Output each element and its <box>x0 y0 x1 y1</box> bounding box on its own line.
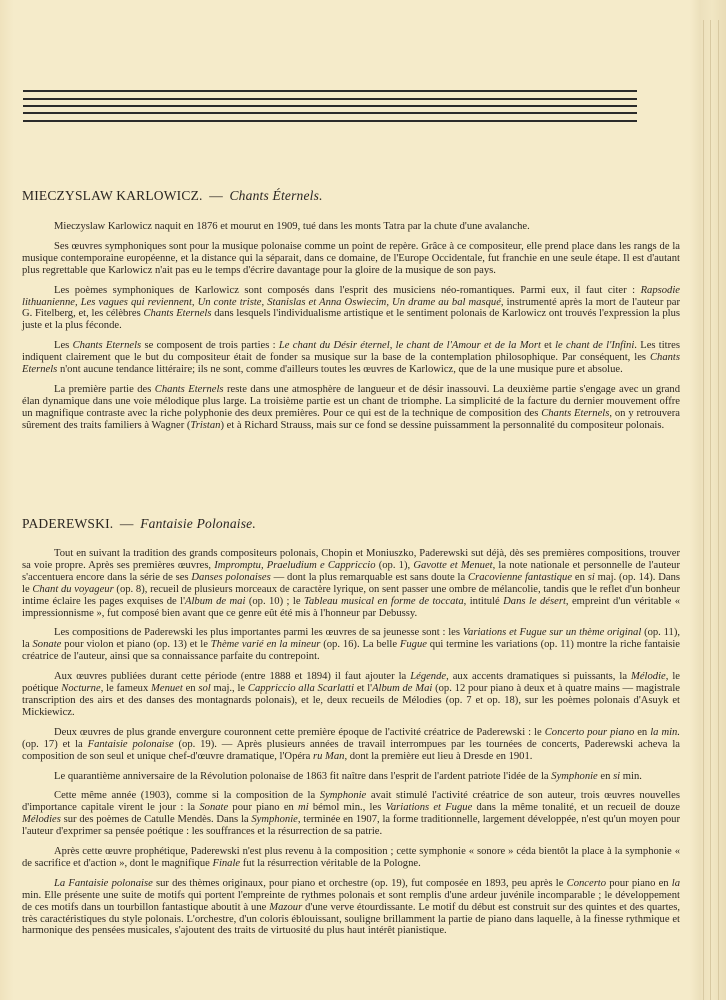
text-run: sur des poèmes de Catulle Mendès. Dans l… <box>61 814 252 825</box>
paragraph: La première partie des Chants Eternels r… <box>22 384 680 432</box>
italic-title-run: Légende <box>410 671 446 682</box>
italic-title-run: mi <box>298 802 309 813</box>
italic-title-run: La Fantaisie polonaise <box>54 878 153 889</box>
text-run: pour violon et piano (op. 13) et le <box>61 639 210 650</box>
italic-title-run: Chant du voyageur <box>32 584 113 595</box>
text-run: en <box>634 727 650 738</box>
text-run: , dont la première eut lieu à Dresde en … <box>344 751 532 762</box>
section-heading-karlowicz: MIECZYSLAW KARLOWICZ. — Chants Éternels. <box>22 188 323 204</box>
italic-title-run: Chants Eternels <box>541 408 609 419</box>
text-run: , aux accents dramatiques si puissants, … <box>446 671 631 682</box>
text-run: ) et à Richard Strauss, mais sur ce fond… <box>220 420 664 431</box>
paragraph: Ses œuvres symphoniques sont pour la mus… <box>22 241 680 277</box>
italic-title-run: sol <box>198 683 210 694</box>
italic-title-run: la min. <box>650 727 680 738</box>
text-run: pour piano en <box>606 878 672 889</box>
italic-title-run: Mélodie <box>631 671 666 682</box>
page-edge <box>718 20 719 1000</box>
text-run: Ses œuvres symphoniques sont pour la mus… <box>22 241 680 276</box>
italic-title-run: Mazour <box>269 902 302 913</box>
text-run: Cette même année (1903), comme si la com… <box>54 790 320 801</box>
text-run: Aux œuvres publiées durant cette période… <box>54 671 410 682</box>
heading-dash: — <box>120 516 134 531</box>
paragraph: Cette même année (1903), comme si la com… <box>22 790 680 838</box>
heading-author: MIECZYSLAW KARLOWICZ. <box>22 188 203 203</box>
paragraph: Les Chants Eternels se composent de troi… <box>22 340 680 376</box>
music-staff-decoration <box>23 90 637 124</box>
text-run: (op. 10) ; le <box>245 596 304 607</box>
italic-title-run: si <box>588 572 595 583</box>
text-run: en <box>572 572 588 583</box>
italic-title-run: Tableau musical en forme de toccata <box>304 596 464 607</box>
italic-title-run: Finale <box>212 858 240 869</box>
text-run: bémol min., les <box>309 802 386 813</box>
italic-title-run: le chant de l'Infini <box>555 340 634 351</box>
italic-title-run: Impromptu, Praeludium e Cappriccio <box>214 560 375 571</box>
italic-title-run: le chant de l'Amour et de la Mort <box>396 340 541 351</box>
italic-title-run: Thème varié en la mineur <box>211 639 321 650</box>
text-run: et <box>541 340 555 351</box>
document-page: MIECZYSLAW KARLOWICZ. — Chants Éternels.… <box>0 0 726 1000</box>
text-run: maj., le <box>211 683 248 694</box>
section-body-paderewski: Tout en suivant la tradition des grands … <box>22 548 680 945</box>
text-run: (op. 1), <box>376 560 414 571</box>
italic-title-run: Concerto pour piano <box>545 727 635 738</box>
text-run: Les <box>54 340 73 351</box>
italic-title-run: Symphonie <box>551 771 597 782</box>
italic-title-run: Chants Eternels <box>73 340 142 351</box>
italic-title-run: Album de mai <box>185 596 245 607</box>
staff-line <box>23 112 637 114</box>
staff-line <box>23 120 637 122</box>
paragraph: Mieczyslaw Karlowicz naquit en 1876 et m… <box>22 221 680 233</box>
text-run: et l' <box>354 683 372 694</box>
italic-title-run: Danses polonaises <box>191 572 270 583</box>
text-run: La première partie des <box>54 384 155 395</box>
heading-dash: — <box>209 188 223 203</box>
italic-title-run: Fugue <box>400 639 427 650</box>
italic-title-run: Dans le désert <box>503 596 566 607</box>
italic-title-run: Symphonie <box>320 790 366 801</box>
italic-title-run: Fantaisie polonaise <box>88 739 174 750</box>
text-run: Les compositions de Paderewski les plus … <box>54 627 463 638</box>
text-run: — dont la plus remarquable est sans dout… <box>271 572 468 583</box>
italic-title-run: Album de Mai <box>372 683 432 694</box>
italic-title-run: Sonate <box>33 639 62 650</box>
text-run: n'ont aucune tendance littéraire; ils ne… <box>57 364 622 375</box>
italic-title-run: ru Man <box>313 751 345 762</box>
heading-author: PADEREWSKI. <box>22 516 113 531</box>
text-run: min. <box>620 771 642 782</box>
page-edge <box>703 20 704 1000</box>
italic-title-run: la <box>672 878 680 889</box>
italic-title-run: Nocturne <box>61 683 100 694</box>
text-run: en <box>598 771 613 782</box>
italic-title-run: Le chant du Désir éternel <box>279 340 390 351</box>
text-run: sur des thèmes originaux, pour piano et … <box>153 878 567 889</box>
italic-title-run: Cappriccio alla Scarlatti <box>248 683 354 694</box>
text-run: en <box>183 683 199 694</box>
paragraph: Deux œuvres de plus grande envergure cou… <box>22 727 680 763</box>
italic-title-run: Mélodies <box>22 814 61 825</box>
section-heading-paderewski: PADEREWSKI. — Fantaisie Polonaise. <box>22 516 256 532</box>
staff-line <box>23 98 637 100</box>
text-run: Les poèmes symphoniques de Karlowicz son… <box>54 285 641 296</box>
heading-work: Chants Éternels. <box>229 188 322 203</box>
staff-line <box>23 105 637 107</box>
paragraph: Aux œuvres publiées durant cette période… <box>22 671 680 719</box>
text-run: Le quarantième anniversaire de la Révolu… <box>54 771 551 782</box>
paragraph: Tout en suivant la tradition des grands … <box>22 548 680 619</box>
paragraph: La Fantaisie polonaise sur des thèmes or… <box>22 878 680 938</box>
text-run: (op. 17) et la <box>22 739 88 750</box>
heading-work: Fantaisie Polonaise. <box>140 516 256 531</box>
text-run: se composent de trois parties : <box>141 340 279 351</box>
italic-title-run: Symphonie <box>251 814 297 825</box>
section-body-karlowicz: Mieczyslaw Karlowicz naquit en 1876 et m… <box>22 221 680 440</box>
italic-title-run: Menuet <box>151 683 183 694</box>
paragraph: Après cette œuvre prophétique, Paderewsk… <box>22 846 680 870</box>
text-run: fut la résurrection véritable de la Polo… <box>240 858 421 869</box>
italic-title-run: Gavotte et Menuet <box>413 560 492 571</box>
page-edge <box>710 20 711 1000</box>
italic-title-run: Chants Eternels <box>155 384 224 395</box>
text-run: (op. 16). La belle <box>320 639 400 650</box>
text-run: dans la même tonalité, et un recueil de … <box>472 802 680 813</box>
text-run: Deux œuvres de plus grande envergure cou… <box>54 727 545 738</box>
italic-title-run: Concerto <box>567 878 606 889</box>
italic-title-run: Sonate <box>199 802 228 813</box>
text-run: Mieczyslaw Karlowicz naquit en 1876 et m… <box>54 221 530 232</box>
paragraph: Les compositions de Paderewski les plus … <box>22 627 680 663</box>
staff-line <box>23 90 637 92</box>
paragraph: Le quarantième anniversaire de la Révolu… <box>22 771 680 783</box>
italic-title-run: Tristan <box>190 420 220 431</box>
text-run: , le fameux <box>101 683 151 694</box>
italic-title-run: Variations et Fugue sur un thème origina… <box>463 627 642 638</box>
italic-title-run: Cracovienne fantastique <box>468 572 572 583</box>
italic-title-run: Variations et Fugue <box>386 802 473 813</box>
paragraph: Les poèmes symphoniques de Karlowicz son… <box>22 285 680 333</box>
text-run: , intitulé <box>464 596 504 607</box>
text-run: pour piano en <box>228 802 298 813</box>
italic-title-run: Chants Eternels <box>143 308 211 319</box>
